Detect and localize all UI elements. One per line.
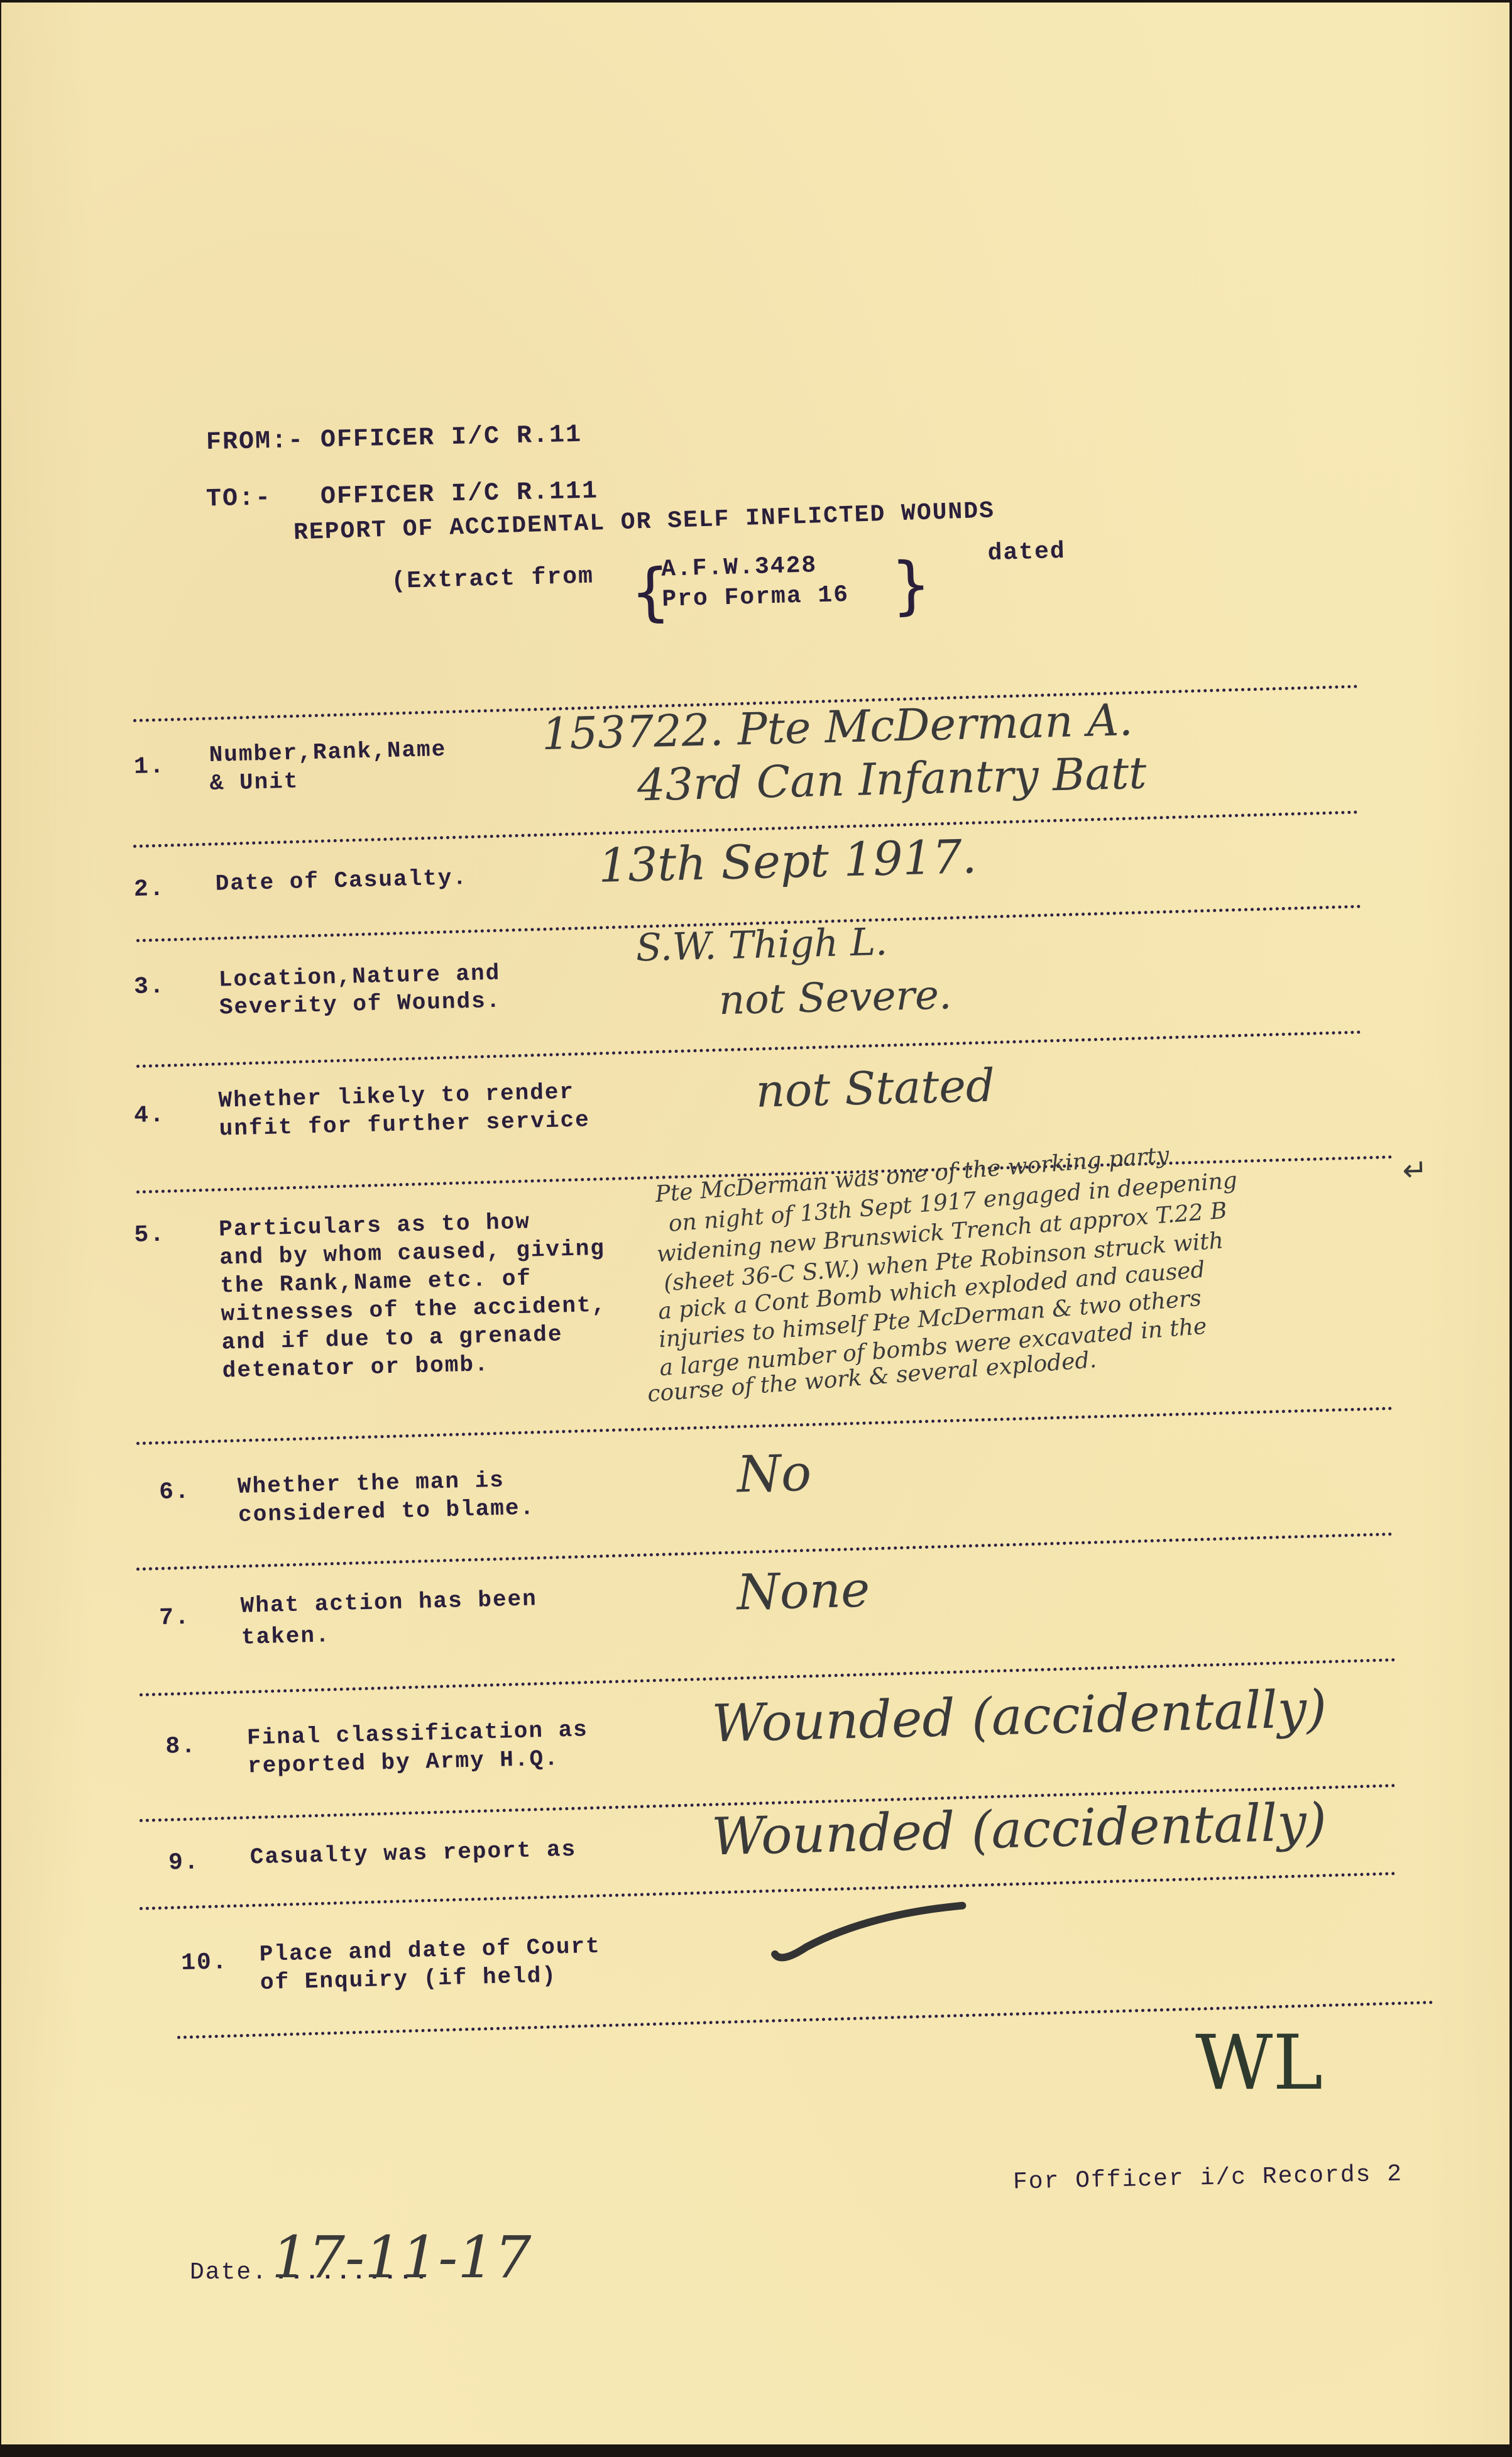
item-label-line: considered to blame. (238, 1495, 535, 1529)
item-6: 6. Whether the man is considered to blam… (133, 1429, 1455, 1561)
item-number: 3. (134, 973, 166, 1002)
item-10: 10. Place and date of Court of Enquiry (… (133, 1900, 1455, 2033)
item-label-line: of Enquiry (if held) (260, 1963, 557, 1997)
item-1: 1. Number,Rank,Name & Unit 153722. Pte M… (133, 706, 1455, 845)
item-4: 4. Whether likely to render unfit for fu… (133, 1052, 1455, 1184)
item-answer-line: 43rd Can Infantry Batt (637, 748, 1147, 811)
from-label: FROM:- (206, 427, 305, 457)
dash-stroke-icon (767, 1899, 970, 1967)
item-answer-line: Wounded (accidentally) (711, 1680, 1328, 1754)
item-label-line: What action has been (240, 1586, 537, 1620)
item-number: 7. (159, 1604, 191, 1633)
item-label-line: Whether the man is (238, 1468, 505, 1501)
item-number: 10. (181, 1949, 228, 1978)
item-number: 2. (133, 876, 165, 904)
date-label: Date. (190, 2259, 268, 2286)
item-5: 5. Particulars as to how and by whom cau… (133, 1163, 1490, 1435)
item-label-line: Date of Casualty. (215, 865, 468, 898)
item-label-line: detenator or bomb. (222, 1351, 490, 1385)
extract-prefix: (Extract from (391, 563, 594, 595)
item-label-line: taken. (241, 1622, 331, 1651)
item-label-line: Number,Rank,Name (209, 737, 447, 769)
item-number: 8. (165, 1733, 197, 1762)
item-7: 7. What action has been taken. None (133, 1554, 1455, 1687)
to-label: TO:- (206, 484, 272, 514)
extract-line: (Extract from { A.F.W.3428 Pro Forma 16 … (391, 563, 594, 596)
item-number: 5. (134, 1221, 166, 1250)
item-answer-line: 13th Sept 1917. (598, 830, 977, 893)
to-value: OFFICER I/C R.111 (320, 478, 599, 512)
item-number: 4. (134, 1102, 166, 1131)
item-answer-line: not Stated (755, 1060, 995, 1118)
item-number: 6. (159, 1478, 191, 1507)
item-3: 3. Location,Nature and Severity of Wound… (133, 926, 1455, 1058)
extract-brace-close: } (890, 548, 932, 623)
initials-signature: WL (1195, 2020, 1323, 2107)
item-label-line: Severity of Wounds. (219, 988, 501, 1021)
item-8: 8. Final classification as reported by A… (133, 1680, 1455, 1813)
item-label-line: reported by Army H.Q. (248, 1745, 560, 1780)
date-field: Date. .......... 17-11-17 (190, 2259, 430, 2287)
date-value: 17-11-17 (271, 2224, 531, 2291)
extract-form-1: A.F.W.3428 (661, 552, 818, 584)
item-answer-line: S.W. Thigh L. (635, 921, 888, 970)
item-number: 1. (134, 753, 166, 782)
document-page: FROM:- OFFICER I/C R.11 TO:- OFFICER I/C… (1, 3, 1509, 2444)
item-answer-line: None (736, 1562, 870, 1622)
extract-form-2: Pro Forma 16 (662, 581, 850, 615)
item-number: 9. (168, 1849, 200, 1877)
item-label-line: Casualty was report as (249, 1837, 576, 1871)
item-label-line: & Unit (209, 769, 299, 798)
dated-label: dated (987, 538, 1066, 568)
item-answer-line: No (737, 1444, 812, 1504)
insertion-arrow-icon: ↵ (1402, 1153, 1428, 1189)
item-answer-line: not Severe. (718, 972, 952, 1025)
item-answer-line: Wounded (accidentally) (711, 1793, 1327, 1867)
signature-line: For Officer i/c Records 2 (1013, 2161, 1403, 2197)
